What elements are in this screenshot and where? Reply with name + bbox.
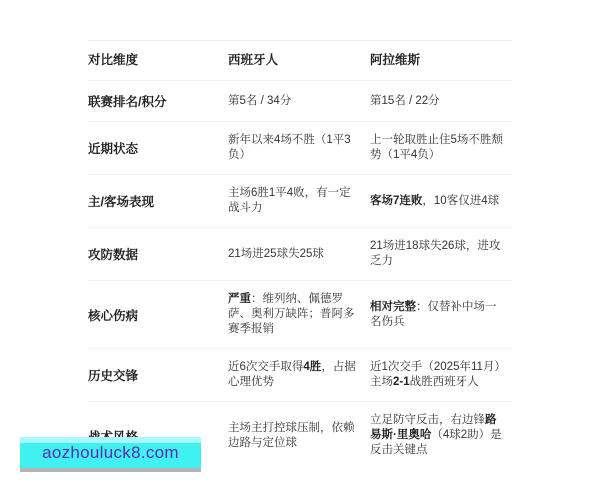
away-cell: 客场7连败，10客仅进4球 [370, 175, 512, 228]
home-cell: 主场主打控球压制，依赖边路与定位球 [228, 402, 370, 470]
away-cell: 相对完整：仅替补中场一名伤兵 [370, 281, 512, 349]
table-row: 主/客场表现主场6胜1平4败，有一定战斗力客场7连败，10客仅进4球 [88, 175, 512, 228]
header-team-home: 西班牙人 [228, 41, 370, 81]
home-cell: 21场进25球失25球 [228, 228, 370, 281]
table-row: 历史交锋近6次交手取得4胜，占据心理优势近1次交手（2025年11月）主场2-1… [88, 349, 512, 402]
table-header-row: 对比维度 西班牙人 阿拉维斯 [88, 41, 512, 81]
row-label: 主/客场表现 [88, 175, 228, 228]
home-cell: 近6次交手取得4胜，占据心理优势 [228, 349, 370, 402]
comparison-table: 对比维度 西班牙人 阿拉维斯 联赛排名/积分第5名 / 34分第15名 / 22… [88, 40, 512, 469]
home-cell: 第5名 / 34分 [228, 81, 370, 122]
away-cell: 立足防守反击，右边锋路易斯·里奥哈（4球2助）是反击关键点 [370, 402, 512, 470]
home-cell: 严重：维列纳、佩德罗萨、奥利万缺阵；普阿多赛季报销 [228, 281, 370, 349]
header-team-away: 阿拉维斯 [370, 41, 512, 81]
row-label: 近期状态 [88, 122, 228, 175]
table-row: 攻防数据21场进25球失25球21场进18球失26球，进攻乏力 [88, 228, 512, 281]
row-label: 攻防数据 [88, 228, 228, 281]
table-row: 核心伤病严重：维列纳、佩德罗萨、奥利万缺阵；普阿多赛季报销相对完整：仅替补中场一… [88, 281, 512, 349]
header-dimension: 对比维度 [88, 41, 228, 81]
away-cell: 上一轮取胜止住5场不胜颓势（1平4负） [370, 122, 512, 175]
away-cell: 近1次交手（2025年11月）主场2-1战胜西班牙人 [370, 349, 512, 402]
away-cell: 第15名 / 22分 [370, 81, 512, 122]
row-label: 联赛排名/积分 [88, 81, 228, 122]
row-label: 核心伤病 [88, 281, 228, 349]
away-cell: 21场进18球失26球，进攻乏力 [370, 228, 512, 281]
home-cell: 新年以来4场不胜（1平3负） [228, 122, 370, 175]
table-row: 联赛排名/积分第5名 / 34分第15名 / 22分 [88, 81, 512, 122]
watermark-url-text: aozhouluck8.com [42, 443, 179, 463]
table-row: 近期状态新年以来4场不胜（1平3负）上一轮取胜止住5场不胜颓势（1平4负） [88, 122, 512, 175]
home-cell: 主场6胜1平4败，有一定战斗力 [228, 175, 370, 228]
row-label: 历史交锋 [88, 349, 228, 402]
page: 对比维度 西班牙人 阿拉维斯 联赛排名/积分第5名 / 34分第15名 / 22… [0, 0, 600, 480]
watermark-banner: aozhouluck8.com [20, 437, 201, 468]
